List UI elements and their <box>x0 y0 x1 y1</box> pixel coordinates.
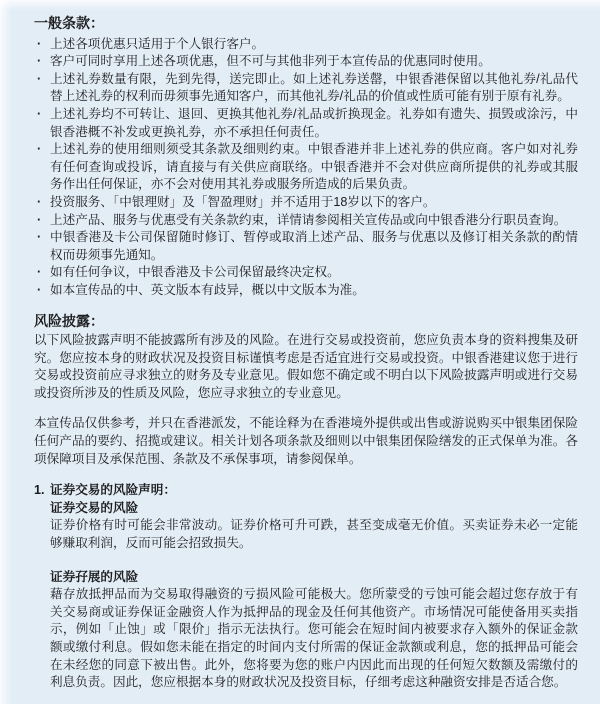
list-item: · 如有任何争议，中银香港及卡公司保留最终决定权。 <box>34 264 578 282</box>
bullet-icon: · <box>34 36 50 54</box>
bullet-icon: · <box>34 212 50 230</box>
risk-disclosure-heading: 风险披露： <box>34 313 578 331</box>
bullet-icon: · <box>34 229 50 264</box>
list-item-text: 上述产品、服务与优惠受有关条款约束，详情请参阅相关宣传品或向中银香港分行职员查询… <box>50 212 578 230</box>
list-item: · 投资服务、「中银理财」及「智盈理财」并不适用于18岁以下的客户。 <box>34 194 578 212</box>
bullet-icon: · <box>34 71 50 106</box>
bullet-icon: · <box>34 282 50 300</box>
risk-intro-paragraph: 以下风险披露声明不能披露所有涉及的风险。在进行交易或投资前，您应负责本身的资料搜… <box>34 332 578 402</box>
list-item-text: 上述礼券数量有限，先到先得，送完即止。如上述礼券送罄，中银香港保留以其他礼券/礼… <box>50 71 578 106</box>
list-item-text: 如有任何争议，中银香港及卡公司保留最终决定权。 <box>50 264 578 282</box>
list-item: · 中银香港及卡公司保留随时修订、暂停或取消上述产品、服务与优惠以及修订相关条款… <box>34 229 578 264</box>
list-item: · 上述各项优惠只适用于个人银行客户。 <box>34 36 578 54</box>
list-item: · 上述产品、服务与优惠受有关条款约束，详情请参阅相关宣传品或向中银香港分行职员… <box>34 212 578 230</box>
list-item: · 如本宣传品的中、英文版本有歧异，概以中文版本为准。 <box>34 282 578 300</box>
list-item-text: 上述礼券的使用细则须受其条款及细则约束。中银香港并非上述礼券的供应商。客户如对礼… <box>50 141 578 194</box>
risk-disclaimer-paragraph: 本宣传品仅供参考，并只在香港派发，不能诠释为在香港境外提供或出售或游说购买中银集… <box>34 415 578 468</box>
securities-trading-risk-subtitle: 证券交易的风险 <box>50 500 578 518</box>
section-number: 1. <box>34 482 50 692</box>
bullet-icon: · <box>34 194 50 212</box>
list-item: · 上述礼券数量有限，先到先得，送完即止。如上述礼券送罄，中银香港保留以其他礼券… <box>34 71 578 106</box>
securities-trading-risk-body: 证券价格有时可能会非常波动。证券价格可升可跌，甚至变成毫无价值。买卖证券未必一定… <box>50 517 578 552</box>
securities-risk-title: 证券交易的风险声明： <box>50 482 578 500</box>
bullet-icon: · <box>34 141 50 194</box>
list-item: · 上述礼券均不可转让、退回、更换其他礼券/礼品或折换现金。礼券如有遗失、损毁或… <box>34 106 578 141</box>
list-item-text: 客户可同时享用上述各项优惠，但不可与其他非列于本宣传品的优惠同时使用。 <box>50 53 578 71</box>
list-item-text: 上述礼券均不可转让、退回、更换其他礼券/礼品或折换现金。礼券如有遗失、损毁或涂污… <box>50 106 578 141</box>
bullet-icon: · <box>34 106 50 141</box>
margin-trading-risk-body: 藉存放抵押品而为交易取得融资的亏损风险可能极大。您所蒙受的亏蚀可能会超过您存放于… <box>50 586 578 692</box>
list-item-text: 中银香港及卡公司保留随时修订、暂停或取消上述产品、服务与优惠以及修订相关条款的酌… <box>50 229 578 264</box>
bullet-icon: · <box>34 264 50 282</box>
subsection-securities-trading: 证券交易的风险 证券价格有时可能会非常波动。证券价格可升可跌，甚至变成毫无价值。… <box>50 500 578 553</box>
document-page: 一般条款： · 上述各项优惠只适用于个人银行客户。 · 客户可同时享用上述各项优… <box>0 0 600 704</box>
list-item-text: 投资服务、「中银理财」及「智盈理财」并不适用于18岁以下的客户。 <box>50 194 578 212</box>
section-content: 证券交易的风险声明： 证券交易的风险 证券价格有时可能会非常波动。证券价格可升可… <box>50 482 578 692</box>
list-item: · 客户可同时享用上述各项优惠，但不可与其他非列于本宣传品的优惠同时使用。 <box>34 53 578 71</box>
subsection-margin-trading: 证券孖展的风险 藉存放抵押品而为交易取得融资的亏损风险可能极大。您所蒙受的亏蚀可… <box>50 569 578 692</box>
list-item: · 上述礼券的使用细则须受其条款及细则约束。中银香港并非上述礼券的供应商。客户如… <box>34 141 578 194</box>
bullet-icon: · <box>34 53 50 71</box>
margin-trading-risk-subtitle: 证券孖展的风险 <box>50 569 578 587</box>
risk-disclosure-section: 风险披露： 以下风险披露声明不能披露所有涉及的风险。在进行交易或投资前，您应负责… <box>34 313 578 692</box>
securities-risk-section: 1. 证券交易的风险声明： 证券交易的风险 证券价格有时可能会非常波动。证券价格… <box>34 482 578 692</box>
list-item-text: 上述各项优惠只适用于个人银行客户。 <box>50 36 578 54</box>
list-item-text: 如本宣传品的中、英文版本有歧异，概以中文版本为准。 <box>50 282 578 300</box>
general-terms-list: · 上述各项优惠只适用于个人银行客户。 · 客户可同时享用上述各项优惠，但不可与… <box>34 36 578 300</box>
general-terms-section: 一般条款： · 上述各项优惠只适用于个人银行客户。 · 客户可同时享用上述各项优… <box>34 15 578 300</box>
general-terms-heading: 一般条款： <box>34 15 578 33</box>
